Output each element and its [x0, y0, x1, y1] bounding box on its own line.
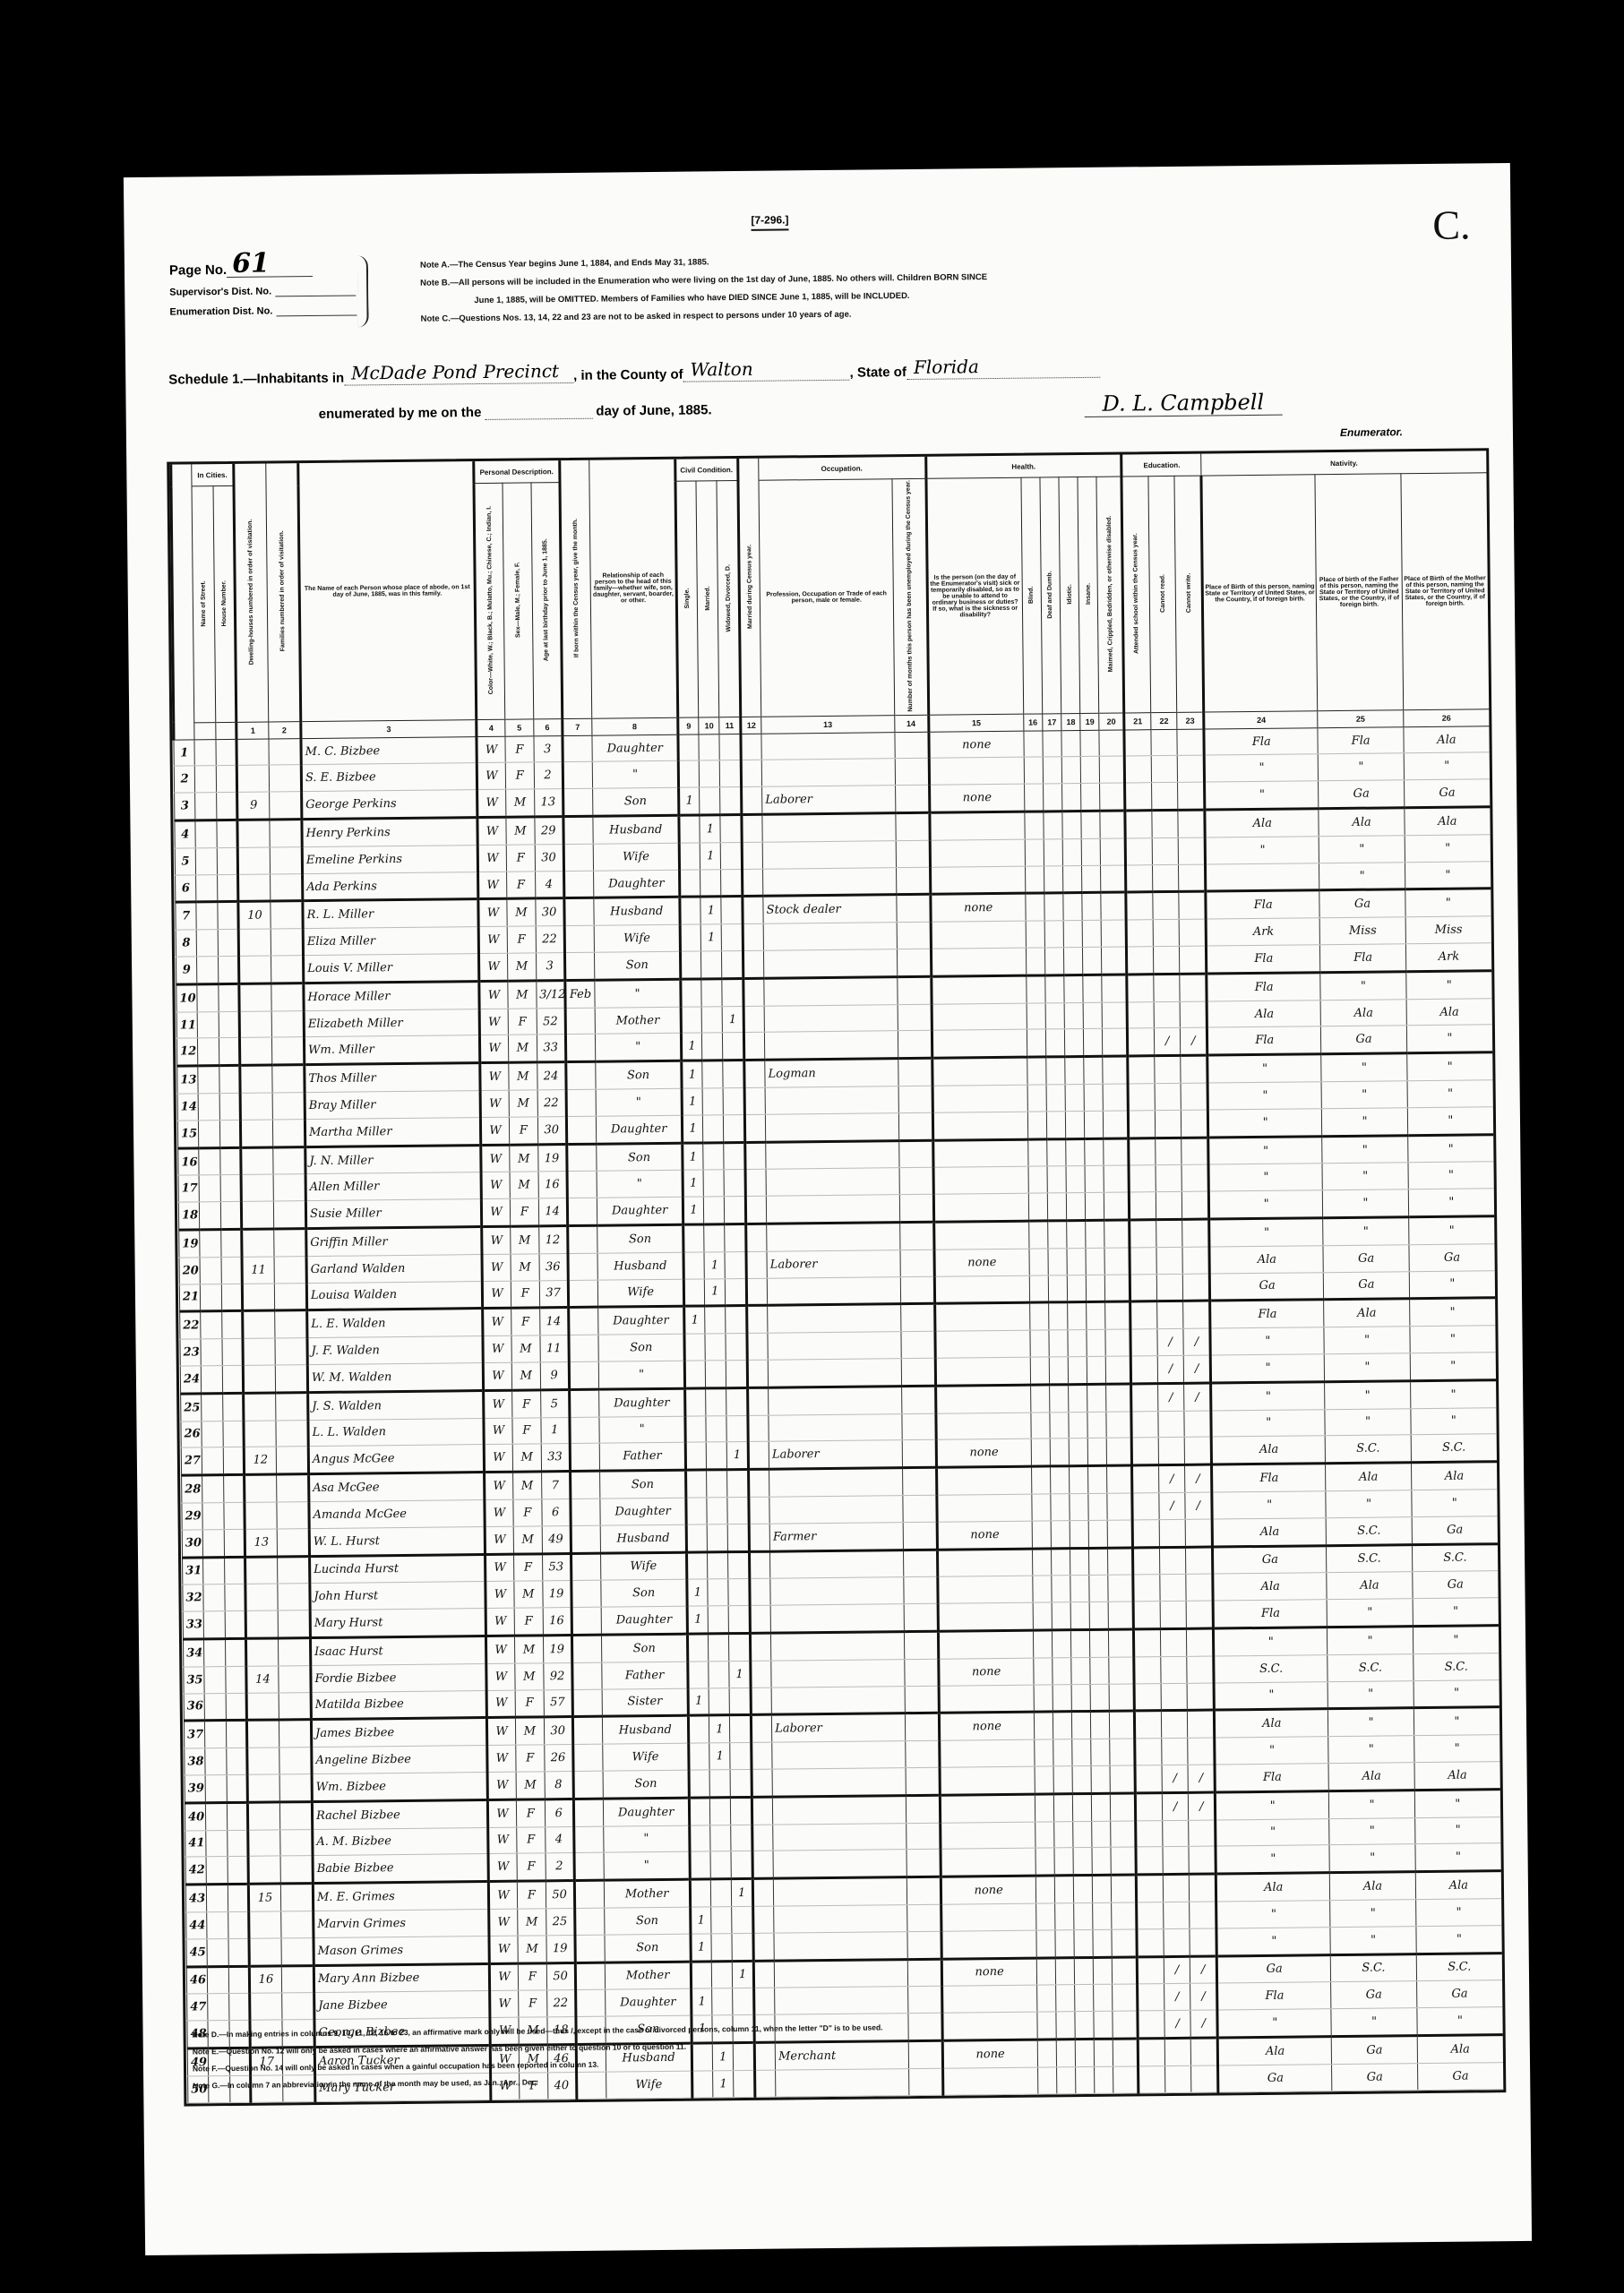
school-cell — [1137, 1956, 1164, 1984]
enum-prefix: enumerated by me on the — [319, 405, 482, 422]
school-cell — [1135, 1792, 1162, 1820]
family-number — [272, 1065, 305, 1093]
line-number: 34 — [183, 1639, 204, 1667]
family-number — [271, 929, 303, 956]
married-in-year-cell — [750, 1605, 771, 1633]
mother-birthplace-cell: " — [1415, 1899, 1501, 1927]
married-cell — [709, 1688, 730, 1715]
birthplace-cell: " — [1211, 1381, 1326, 1410]
street-cell — [203, 1584, 225, 1611]
cannot-write-cell — [1191, 2065, 1218, 2092]
unemployed-cell — [907, 1987, 941, 2014]
insane-cell — [1080, 730, 1099, 757]
married-in-year-cell — [752, 1851, 774, 1879]
sex-cell: M — [507, 898, 536, 926]
street-cell — [199, 1175, 220, 1202]
deaf-cell — [1052, 1576, 1070, 1602]
family-number — [279, 1801, 312, 1829]
maimed-cell — [1104, 1192, 1130, 1220]
num-26: 26 — [1403, 709, 1489, 726]
color-cell: W — [482, 1254, 511, 1281]
cannot-write-cell: / — [1190, 1956, 1217, 1984]
age-cell: 33 — [541, 1444, 570, 1472]
relationship-cell: Son — [605, 1907, 691, 1935]
widowed-cell — [727, 1497, 749, 1524]
color-cell: W — [484, 1418, 512, 1445]
unemployed-cell — [904, 1603, 938, 1631]
birth-month-cell — [569, 1417, 599, 1444]
widowed-cell — [728, 1579, 750, 1606]
family-number — [272, 1093, 305, 1120]
deaf-cell — [1055, 1957, 1075, 1985]
occupation-cell — [767, 1276, 900, 1305]
father-birthplace-cell: " — [1327, 1599, 1413, 1627]
mother-birthplace-cell: " — [1413, 1735, 1499, 1763]
cannot-read-cell — [1156, 1192, 1182, 1220]
birth-month-cell — [567, 1198, 597, 1225]
occupation-cell: Farmer — [769, 1522, 903, 1550]
person-name: L. L. Walden — [308, 1418, 484, 1447]
dwelling-number — [245, 1584, 278, 1610]
enum-day-blank — [485, 415, 592, 420]
header-blind-text: Blind. — [1028, 586, 1035, 604]
cannot-write-cell — [1181, 1164, 1208, 1191]
color-cell: W — [485, 1526, 513, 1554]
cannot-write-cell: / — [1189, 1792, 1216, 1820]
sex-cell: M — [518, 1936, 546, 1963]
num-17: 17 — [1043, 713, 1061, 730]
mother-birthplace-cell: " — [1413, 1679, 1499, 1708]
mother-birthplace-cell: Ala — [1417, 2035, 1503, 2064]
health-cell — [934, 1275, 1029, 1304]
cannot-read-cell — [1152, 810, 1179, 837]
single-cell — [678, 734, 700, 761]
occupation-cell: Laborer — [769, 1440, 902, 1469]
cannot-write-cell — [1181, 1110, 1208, 1138]
single-cell — [680, 897, 701, 924]
idiotic-cell — [1071, 1629, 1091, 1657]
idiotic-cell — [1075, 1985, 1094, 2012]
census-sheet: C. [7-296.] Page No. 61 Supervisor's Dis… — [124, 163, 1532, 2255]
school-cell — [1128, 1110, 1155, 1138]
married-cell — [704, 1224, 726, 1252]
cannot-write-cell — [1183, 1301, 1210, 1328]
health-cell: none — [929, 731, 1024, 759]
maimed-cell — [1109, 1602, 1134, 1629]
relationship-cell: Wife — [595, 924, 681, 952]
deaf-cell — [1045, 1002, 1064, 1029]
cannot-write-cell: / — [1184, 1355, 1211, 1383]
married-in-year-cell — [750, 1633, 771, 1661]
unemployed-cell — [907, 2013, 941, 2040]
house-number-cell — [228, 1994, 250, 2021]
dwelling-number — [244, 1421, 276, 1447]
married-cell — [709, 1634, 730, 1662]
married-in-year-cell — [749, 1497, 770, 1524]
cannot-write-cell: / — [1185, 1464, 1212, 1492]
idiotic-cell — [1067, 1275, 1087, 1302]
unemployed-cell — [898, 1058, 932, 1086]
insane-cell — [1089, 1576, 1108, 1602]
mother-birthplace-cell: " — [1408, 1162, 1494, 1189]
color-cell: W — [482, 1281, 511, 1309]
unemployed-cell — [898, 1004, 932, 1031]
sex-cell: M — [509, 1062, 537, 1090]
color-cell: W — [477, 845, 506, 872]
married-in-year-cell — [752, 1742, 773, 1769]
cannot-read-cell: / — [1154, 1028, 1181, 1056]
num-3: 3 — [301, 719, 477, 738]
street-cell — [203, 1557, 225, 1584]
blind-cell — [1027, 1029, 1046, 1057]
father-birthplace-cell: Miss — [1319, 917, 1405, 945]
cannot-write-cell — [1190, 1902, 1216, 1928]
married-cell — [707, 1498, 728, 1524]
sex-cell: M — [512, 1444, 541, 1472]
relationship-cell: Son — [595, 951, 681, 980]
house-number-cell — [222, 1365, 244, 1393]
person-name: Bray Miller — [305, 1091, 480, 1120]
health-cell — [929, 758, 1024, 786]
line-number: 43 — [185, 1885, 207, 1912]
unemployed-cell — [901, 1358, 935, 1386]
header-widowed: Widowed, Divorced, D. — [717, 481, 740, 717]
health-cell: none — [929, 784, 1024, 812]
school-cell — [1126, 920, 1153, 947]
insane-cell — [1093, 1875, 1113, 1902]
birth-month-cell — [568, 1253, 598, 1280]
mother-birthplace-cell: Ga — [1416, 1980, 1502, 2008]
age-cell: 22 — [537, 1090, 566, 1117]
occupation-cell — [774, 1931, 907, 1960]
relationship-cell: Husband — [597, 1252, 683, 1280]
widowed-cell — [721, 869, 743, 897]
line-number: 17 — [178, 1175, 200, 1202]
birthplace-cell: Ala — [1213, 1573, 1328, 1601]
sex-cell: F — [514, 1608, 543, 1636]
cannot-read-cell — [1152, 864, 1179, 892]
occupation-cell — [764, 949, 898, 978]
married-cell: 1 — [704, 1278, 726, 1306]
school-cell — [1130, 1356, 1157, 1384]
single-cell — [690, 1851, 711, 1879]
married-in-year-cell — [743, 923, 764, 950]
father-birthplace-cell: " — [1325, 1353, 1411, 1382]
age-cell: 4 — [535, 871, 563, 898]
blind-cell — [1030, 1357, 1050, 1385]
sex-cell: F — [509, 1117, 537, 1145]
birthplace-cell — [1206, 863, 1320, 891]
header-name: The Name of each Person whose place of a… — [298, 461, 477, 721]
birth-month-cell — [571, 1607, 602, 1635]
street-cell — [206, 1857, 228, 1885]
health-cell — [937, 1494, 1032, 1522]
birthplace-cell: S.C. — [1214, 1654, 1328, 1682]
father-birthplace-cell: Ala — [1330, 1872, 1416, 1901]
insane-cell — [1095, 2066, 1113, 2093]
age-cell: 30 — [544, 1717, 572, 1745]
street-cell — [196, 847, 218, 874]
married-in-year-cell — [745, 1196, 767, 1224]
house-number-cell — [221, 1311, 243, 1339]
health-cell — [941, 1985, 1036, 2013]
married-cell — [711, 1961, 733, 1988]
widowed-cell — [723, 1033, 744, 1061]
maimed-cell — [1109, 1629, 1134, 1657]
occupation-cell — [766, 1140, 899, 1169]
person-name: Griffin Miller — [306, 1227, 482, 1257]
single-cell — [679, 843, 700, 870]
age-cell: 6 — [542, 1499, 571, 1525]
person-name: R. L. Miller — [303, 899, 478, 929]
relationship-cell: Son — [604, 1770, 690, 1799]
mother-birthplace-cell: " — [1404, 752, 1490, 780]
header-house-number-text: House Number. — [220, 580, 228, 626]
birthplace-cell: " — [1208, 1136, 1323, 1164]
single-cell — [686, 1498, 708, 1524]
occupation-cell — [774, 1959, 907, 1988]
occupation-cell: Stock dealer — [763, 895, 897, 923]
health-cell — [931, 948, 1026, 976]
unemployed-cell — [899, 1222, 933, 1250]
health-cell — [932, 1085, 1027, 1112]
widowed-cell — [720, 815, 742, 843]
relationship-cell: Daughter — [594, 870, 680, 898]
cannot-write-cell — [1178, 782, 1205, 810]
mother-birthplace-cell: " — [1414, 1789, 1500, 1817]
occupation-cell — [770, 1577, 904, 1605]
widowed-cell — [725, 1251, 746, 1278]
birthplace-cell: " — [1205, 837, 1319, 864]
married-in-year-cell — [751, 1715, 772, 1743]
sex-cell: F — [511, 1308, 540, 1335]
married-cell: 1 — [700, 815, 721, 843]
house-number-cell — [227, 1830, 248, 1857]
house-number-cell — [224, 1529, 245, 1557]
relationship-cell: Husband — [603, 1716, 689, 1745]
idiotic-cell — [1073, 1848, 1093, 1876]
birth-month-cell — [563, 762, 593, 789]
group-civil: Civil Condition. — [675, 459, 738, 481]
insane-cell — [1093, 1902, 1112, 1929]
father-birthplace-cell: " — [1330, 1926, 1416, 1954]
cannot-read-cell — [1155, 1110, 1181, 1138]
street-cell — [201, 1339, 222, 1366]
birthplace-cell: Ga — [1218, 2064, 1333, 2091]
blind-cell — [1025, 812, 1044, 839]
mother-birthplace-cell: " — [1416, 1925, 1502, 1954]
health-cell — [936, 1466, 1031, 1495]
form-number: [7-296.] — [751, 213, 788, 230]
family-number — [276, 1447, 308, 1474]
header-age: Age at last birthday prior to June 1, 18… — [531, 483, 563, 719]
single-cell — [689, 1798, 710, 1825]
father-birthplace-cell: " — [1328, 1736, 1414, 1764]
person-name: J. F. Walden — [307, 1336, 483, 1365]
house-number-cell — [220, 1175, 242, 1202]
health-cell — [940, 1794, 1035, 1823]
family-number — [270, 792, 302, 820]
idiotic-cell — [1068, 1330, 1087, 1357]
insane-cell — [1087, 1302, 1106, 1330]
relationship-cell: Mother — [605, 1879, 691, 1908]
age-cell: 19 — [543, 1635, 571, 1662]
birthplace-cell: Fla — [1213, 1600, 1328, 1628]
married-in-year-cell — [746, 1306, 768, 1334]
birth-month-cell — [564, 925, 595, 952]
idiotic-cell — [1065, 1085, 1084, 1112]
cannot-read-cell — [1164, 2038, 1191, 2065]
mother-birthplace-cell: S.C. — [1412, 1543, 1498, 1572]
birth-month-cell — [565, 1008, 596, 1035]
num-9: 9 — [678, 717, 700, 734]
line-number: 13 — [177, 1066, 199, 1094]
deaf-cell — [1053, 1793, 1073, 1821]
group-personal: Personal Description. — [474, 460, 560, 483]
cannot-read-cell — [1159, 1547, 1186, 1575]
married-in-year-cell — [744, 1087, 766, 1114]
idiotic-cell — [1070, 1602, 1090, 1630]
color-cell: W — [489, 1909, 518, 1936]
enumerator-signature: D. L. Campbell — [1084, 390, 1282, 417]
blind-cell — [1030, 1385, 1050, 1413]
family-number — [278, 1584, 310, 1610]
father-birthplace-cell: Ala — [1326, 1463, 1412, 1491]
age-cell: 22 — [536, 926, 564, 953]
married-cell — [705, 1306, 726, 1334]
deaf-cell — [1046, 1112, 1066, 1139]
insane-cell — [1081, 838, 1100, 865]
person-name: Elizabeth Miller — [304, 1009, 479, 1037]
mother-birthplace-cell: " — [1407, 1107, 1493, 1136]
father-birthplace-cell: Ga — [1319, 780, 1405, 809]
birth-month-cell — [567, 1225, 597, 1253]
birthplace-cell: " — [1205, 781, 1319, 810]
unemployed-cell — [906, 1823, 940, 1850]
idiotic-cell — [1068, 1302, 1087, 1330]
street-cell — [199, 1147, 220, 1175]
deaf-cell — [1046, 1085, 1065, 1112]
person-name: James Bizbee — [311, 1718, 486, 1748]
school-cell — [1128, 1084, 1155, 1111]
cannot-read-cell — [1154, 974, 1181, 1001]
dwelling-number — [245, 1557, 277, 1584]
birth-month-cell — [568, 1280, 598, 1308]
color-cell: W — [483, 1362, 511, 1390]
health-cell: none — [937, 1521, 1032, 1550]
birth-month-cell — [571, 1635, 602, 1662]
person-name: Louisa Walden — [306, 1281, 482, 1310]
maimed-cell — [1103, 1028, 1128, 1056]
header-unemployed: Number of months this person has been un… — [891, 478, 928, 715]
health-cell — [938, 1576, 1033, 1603]
line-number: 2 — [174, 766, 195, 793]
widowed-cell — [727, 1470, 749, 1498]
color-cell: W — [486, 1636, 515, 1663]
family-number — [279, 1774, 312, 1802]
family-number — [270, 846, 302, 873]
unemployed-cell — [897, 923, 931, 949]
maimed-cell — [1104, 1111, 1129, 1138]
header-family-text: Families numbered in order of visitation… — [279, 531, 287, 652]
unemployed-cell — [904, 1659, 938, 1686]
house-number-cell — [219, 1120, 241, 1147]
header-maimed: Maimed, Crippled, Bedridden, or otherwis… — [1096, 477, 1123, 713]
dwelling-number — [247, 1748, 279, 1774]
family-number — [271, 901, 303, 929]
relationship-cell: " — [593, 761, 679, 789]
married-cell — [710, 1825, 732, 1851]
married-cell — [710, 1797, 732, 1825]
street-cell — [207, 1885, 228, 1912]
health-cell — [938, 1630, 1033, 1659]
notes-bottom: Note D.—In making entries in columns 9, … — [193, 2019, 884, 2094]
insane-cell — [1087, 1275, 1106, 1302]
sex-cell: F — [516, 1799, 545, 1827]
family-number — [270, 820, 302, 847]
sex-cell: M — [511, 1362, 540, 1390]
health-cell — [935, 1385, 1030, 1413]
age-cell: 4 — [545, 1826, 573, 1853]
birth-month-cell — [570, 1499, 600, 1525]
unemployed-cell — [905, 1713, 939, 1741]
married-in-year-cell — [741, 760, 762, 787]
insane-cell — [1093, 1929, 1113, 1957]
dwelling-number — [242, 1229, 274, 1257]
header-father-birthplace: Place of birth of the Father of this per… — [1315, 474, 1403, 711]
house-number-cell — [221, 1284, 243, 1311]
blind-cell — [1032, 1521, 1052, 1549]
father-birthplace-cell: Ga — [1321, 1026, 1407, 1054]
father-birthplace-cell: " — [1322, 1163, 1408, 1190]
line-number: 16 — [178, 1147, 200, 1175]
insane-cell — [1085, 1138, 1104, 1166]
header-married-text: Married. — [705, 586, 711, 610]
maimed-cell — [1108, 1520, 1133, 1548]
mother-birthplace-cell: Ala — [1411, 1462, 1497, 1490]
cannot-write-cell — [1186, 1574, 1213, 1601]
line-number: 7 — [176, 902, 197, 930]
deaf-cell — [1044, 839, 1062, 866]
cannot-write-cell — [1189, 1820, 1216, 1847]
health-cell — [932, 1030, 1027, 1059]
cannot-write-cell — [1182, 1247, 1209, 1274]
street-cell — [200, 1202, 221, 1230]
blind-cell — [1036, 1957, 1056, 1985]
birth-month-cell — [563, 844, 594, 871]
sex-cell: M — [518, 1909, 546, 1936]
num-8: 8 — [592, 717, 678, 735]
age-cell: 11 — [540, 1335, 569, 1362]
person-name: Asa McGee — [309, 1473, 485, 1502]
widowed-cell — [721, 842, 743, 869]
color-cell: W — [486, 1663, 515, 1690]
father-birthplace-cell: S.C. — [1326, 1435, 1412, 1464]
idiotic-cell — [1071, 1657, 1090, 1684]
married-in-year-cell — [743, 978, 765, 1006]
dwelling-number: 16 — [249, 1965, 281, 1993]
num-12: 12 — [741, 717, 762, 734]
single-cell — [688, 1662, 709, 1688]
person-name: Angus McGee — [308, 1445, 484, 1474]
cannot-read-cell — [1153, 920, 1180, 947]
single-cell — [684, 1388, 706, 1416]
occupation-cell — [762, 813, 896, 842]
line-col-header — [171, 464, 195, 739]
blind-cell — [1025, 839, 1044, 866]
unemployed-cell — [907, 1850, 941, 1877]
person-name: Angeline Bizbee — [312, 1746, 487, 1774]
